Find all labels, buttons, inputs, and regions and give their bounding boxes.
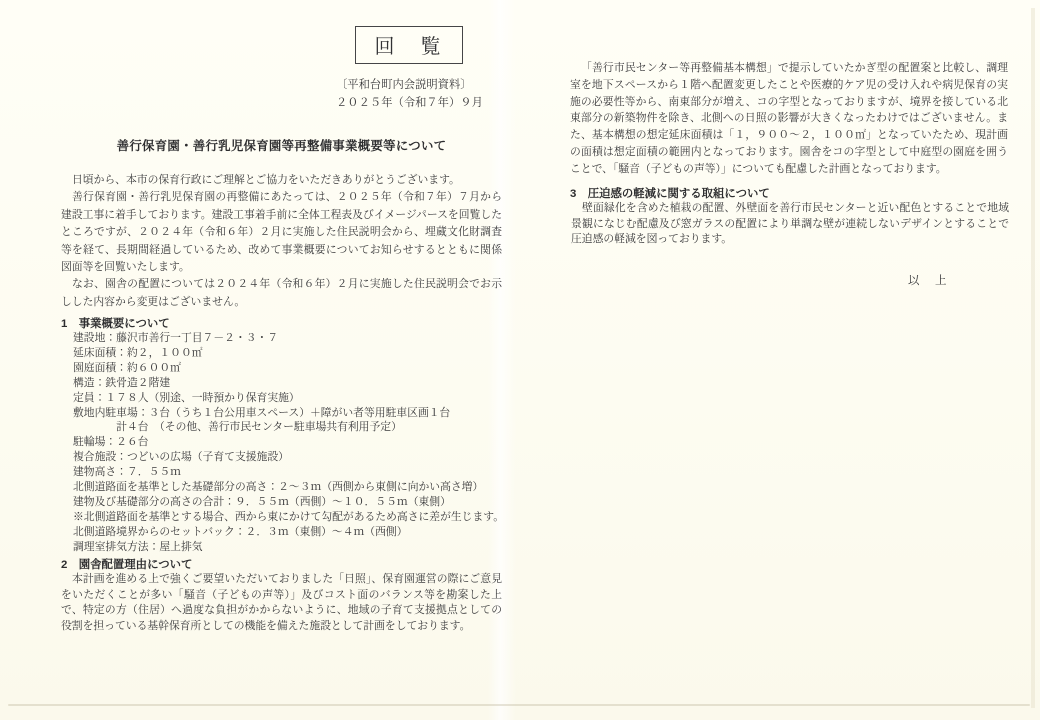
spec-line-site: 建設地：藤沢市善行一丁目７－２・３・７	[73, 331, 509, 346]
spec-line-setback: 北側道路境界からのセットバック：２．３ｍ（東側）～４ｍ（西側）	[73, 525, 509, 540]
spec-line-bicycle: 駐輪場：２６台	[73, 435, 509, 450]
spec-line-parking-total: 計４台 （その他、善行市民センター駐車場共有利用予定）	[73, 420, 509, 435]
spec-line-floor-area: 延床面積：約２，１００㎡	[73, 346, 509, 361]
page2-lead-paragraph-block: 「善行市民センター等再整備基本構想」で提示していたかぎ型の配置案と比較し、調理室…	[570, 60, 1008, 178]
spec-line-total-height: 建物及び基礎部分の高さの合計：９．５５ｍ（西側）～１０．５５ｍ（東側）	[73, 495, 509, 510]
document-title: 善行保育園・善行乳児保育園等再整備事業概要等について	[61, 136, 502, 154]
section2-heading: 2 園舎配置理由について	[61, 556, 192, 572]
section3-body: 壁面緑化を含めた植栽の配置、外壁面を善行市民センターと近い配色とすることで地域景…	[571, 201, 1009, 248]
spec-line-slope-note: ※北側道路面を基準とする場合、西から東にかけて勾配があるため高さに差が生じます。	[73, 510, 509, 525]
spec-line-building-height: 建物高さ：７．５５ｍ	[73, 465, 509, 480]
spec-line-base-height: 北側道路面を基準とした基礎部分の高さ：２～３ｍ（西側から東側に向かい高さ増）	[73, 480, 509, 495]
meta-source-note: 〔平和台町内会説明資料〕	[336, 76, 483, 94]
intro-paragraph: 日頃から、本市の保育行政にご理解とご協力をいただきありがとうございます。	[61, 172, 502, 189]
intro-paragraph: 善行保育園・善行乳児保育園の再整備にあたっては、２０２５年（令和７年）７月から建…	[61, 189, 502, 276]
section2-paragraph: 本計画を進める上で強くご要望いただいておりました「日照」、保育園運営の際にご意見…	[61, 572, 502, 634]
project-spec-list: 建設地：藤沢市善行一丁目７－２・３・７ 延床面積：約２，１００㎡ 園庭面積：約６…	[73, 331, 509, 555]
spec-line-structure: 構造：鉄骨造２階建	[73, 376, 509, 391]
spec-line-parking: 敷地内駐車場：３台（うち１台公用車スペース）＋障がい者等用駐車区画１台	[73, 406, 509, 421]
paper-bottom-edge	[8, 704, 1030, 706]
section1-heading: 1 事業概要について	[61, 315, 170, 331]
header-meta-block: 〔平和台町内会説明資料〕 ２０２５年（令和７年）９月	[336, 76, 483, 112]
kairan-stamp-box: 回 覧	[355, 26, 463, 64]
spec-line-kitchen-exhaust: 調理室排気方法：屋上排気	[73, 540, 509, 555]
closing-mark: 以 上	[908, 272, 949, 288]
spec-line-capacity: 定員：１７８人（別途、一時預かり保育実施）	[73, 391, 509, 406]
spec-line-complex-facility: 複合施設：つどいの広場（子育て支援施設）	[73, 450, 509, 465]
kairan-stamp-label: 回 覧	[375, 30, 444, 59]
meta-date: ２０２５年（令和７年）９月	[336, 94, 483, 112]
spec-line-yard-area: 園庭面積：約６００㎡	[73, 361, 509, 376]
section2-body: 本計画を進める上で強くご要望いただいておりました「日照」、保育園運営の際にご意見…	[61, 572, 502, 634]
paper-right-edge	[1031, 8, 1035, 708]
section3-heading: 3 圧迫感の軽減に関する取組について	[570, 185, 770, 201]
intro-section: 日頃から、本市の保育行政にご理解とご協力をいただきありがとうございます。 善行保…	[61, 172, 502, 311]
intro-paragraph: なお、園舎の配置については２０２４年（令和６年）２月に実施した住民説明会でお示し…	[61, 276, 502, 311]
section3-paragraph: 壁面緑化を含めた植栽の配置、外壁面を善行市民センターと近い配色とすることで地域景…	[571, 201, 1009, 248]
page2-lead-paragraph: 「善行市民センター等再整備基本構想」で提示していたかぎ型の配置案と比較し、調理室…	[570, 60, 1008, 178]
